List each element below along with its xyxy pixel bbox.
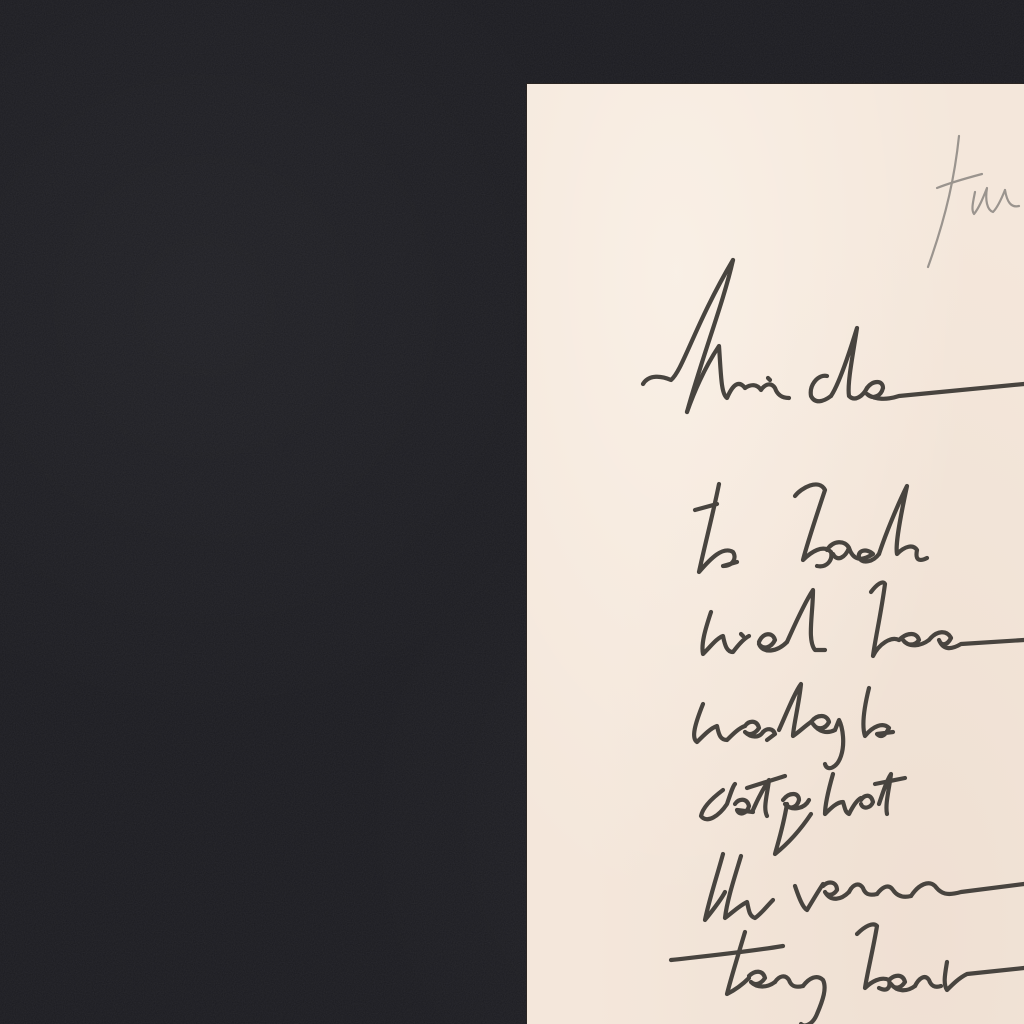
line-1-salutation xyxy=(643,260,1024,412)
handwritten-text xyxy=(527,84,1024,1024)
line-6 xyxy=(705,854,1024,920)
letter-paper: fu… Mijn de… te back… wel bea… werkelijk… xyxy=(527,84,1024,1024)
line-2 xyxy=(695,484,927,572)
pencil-annotation xyxy=(928,136,1019,267)
ink-lines xyxy=(643,260,1024,1024)
line-7 xyxy=(671,924,1024,1024)
line-4 xyxy=(694,684,893,768)
line-5 xyxy=(701,774,905,854)
line-3 xyxy=(702,582,1024,656)
